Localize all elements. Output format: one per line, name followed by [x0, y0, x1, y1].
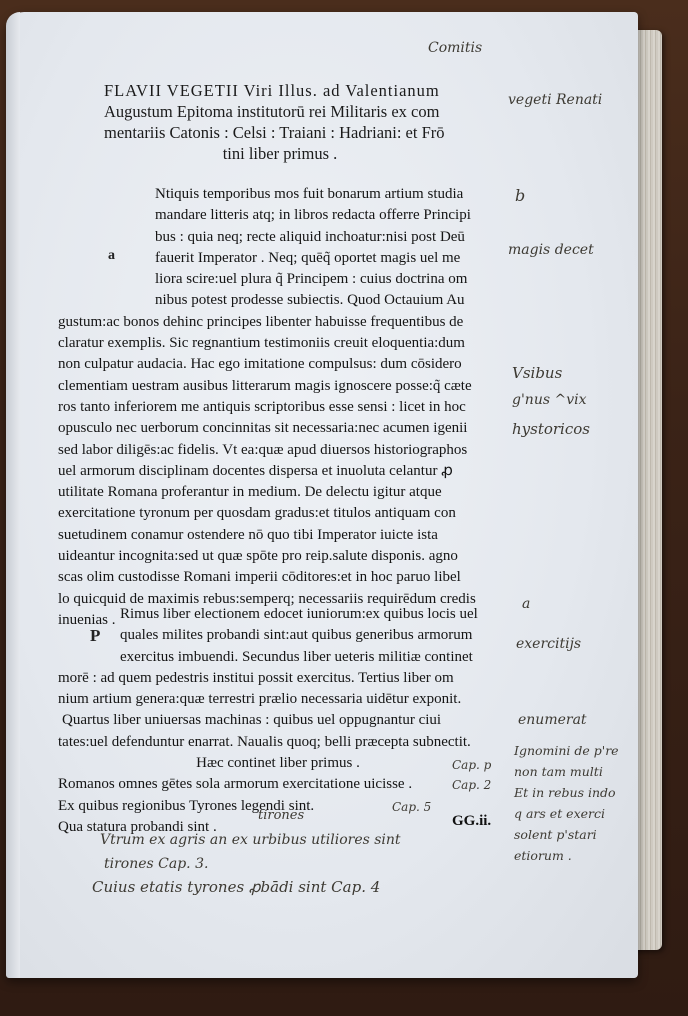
annotation-margin-5: enumerat: [518, 712, 587, 728]
annotation-margin-1: vegeti Renati: [508, 92, 602, 108]
annotation-line: etiorum .: [514, 845, 619, 866]
text-line: bus : quia neq; recte aliquid inchoatur:…: [58, 227, 498, 248]
text-line: uel armorum disciplinam docentes dispers…: [58, 461, 498, 482]
contents-title: Hæc continet liber primus .: [58, 753, 498, 774]
text-line: sed labor diligēs:ac fidelis. Vt ea:quæ …: [58, 440, 498, 461]
annotation-cap-1: Cap. p: [452, 758, 491, 772]
text-line: gustum:ac bonos dehinc principes libente…: [58, 312, 498, 333]
text-line: exercitus imbuendi. Secundus liber ueter…: [58, 647, 498, 668]
heading-line-1: FLAVII VEGETII Viri Illus. ad Valentianu…: [104, 80, 456, 101]
text-line: Ntiquis temporibus mos fuit bonarum arti…: [58, 184, 498, 205]
heading-line-3: mentariis Catonis : Celsi : Traiani : Ha…: [104, 122, 456, 143]
text-line: claratur exemplis. Sic regnantium testim…: [58, 333, 498, 354]
text-line: ros tanto inferiorem me antiquis scripto…: [58, 397, 498, 418]
annotation-line: Et in rebus indo: [514, 782, 619, 803]
text-line: nium artium genera:quæ terrestri prælio …: [58, 689, 498, 710]
annotation-margin-3b: g'nus ^vix: [512, 392, 587, 408]
text-line: liora scire:uel plura q̃ Principem : cui…: [58, 269, 498, 290]
text-line: opusculo nec uerborum concinnitas sit ne…: [58, 418, 498, 439]
text-line: Rimus liber electionem edocet iuniorum:e…: [58, 604, 498, 625]
signature-mark: GG.ii.: [452, 813, 491, 830]
annotation-margin-3c: hystoricos: [512, 420, 590, 438]
text-line: Quartus liber uniuersas machinas : quibu…: [58, 710, 498, 731]
heading-line-4: tini liber primus .: [104, 143, 456, 164]
text-line: quales milites probandi sint:aut quibus …: [58, 625, 498, 646]
text-line: fauerit Imperator . Neq; quēq̃ oportet m…: [58, 248, 498, 269]
annotation-margin-2: magis decet: [508, 242, 594, 258]
annotation-line: non tam multi: [514, 761, 619, 782]
annotation-margin-4: exercitijs: [516, 636, 581, 652]
text-line: exercitatione tyronum per quosdam gradus…: [58, 503, 498, 524]
heading-line-2: Augustum Epitoma institutorū rei Militar…: [104, 101, 456, 122]
text-line: tates:uel defenduntur enarrat. Naualis q…: [58, 732, 498, 753]
annotation-line: q ars et exerci: [514, 803, 619, 824]
annotation-cap-2: Cap. 2: [452, 778, 491, 792]
page-gutter: [6, 12, 20, 978]
text-line: scas olim custodisse Romani imperii cōdi…: [58, 567, 498, 588]
annotation-margin-3a: Vsibus: [512, 364, 562, 382]
text-line: morē : ad quem pedestris institui possit…: [58, 668, 498, 689]
annotation-line-a: Vtrum ex agris an ex urbibus utiliores s…: [100, 832, 401, 848]
annotation-line: Ignomini de p're: [514, 740, 619, 761]
text-line: uideantur incognita:sed ut quæ spōte pro…: [58, 546, 498, 567]
title-heading: FLAVII VEGETII Viri Illus. ad Valentianu…: [104, 80, 456, 164]
contents-item: Romanos omnes gētes sola armorum exercit…: [58, 774, 498, 795]
annotation-tirones: tirones: [258, 808, 304, 823]
text-line: utilitate Romana proferantur in medium. …: [58, 482, 498, 503]
annotation-cap-5: Cap. 5: [392, 800, 431, 814]
text-line: nibus potest prodesse subiectis. Quod Oc…: [58, 290, 498, 311]
annotation-margin-6: Ignomini de p're non tam multi Et in reb…: [514, 740, 619, 866]
annotation-margin-a: a: [522, 596, 530, 612]
text-line: clementiam uestram ausibus litterarum ma…: [58, 376, 498, 397]
annotation-line-b: tirones Cap. 3.: [104, 856, 208, 872]
annotation-top: Comitis: [428, 40, 482, 56]
paragraph-1: Ntiquis temporibus mos fuit bonarum arti…: [58, 184, 498, 631]
annotation-line: solent p'stari: [514, 824, 619, 845]
text-line: non culpatur audacia. Hac ego imitatione…: [58, 354, 498, 375]
annotation-line-c: Cuius etatis tyrones ꝓbādi sint Cap. 4: [92, 878, 380, 896]
paragraph-2: Rimus liber electionem edocet iuniorum:e…: [58, 604, 498, 838]
annotation-margin-b: b: [515, 186, 525, 205]
text-line: mandare litteris atq; in libros redacta …: [58, 205, 498, 226]
text-line: suetudinem conamur ostendere nō quo tibi…: [58, 525, 498, 546]
